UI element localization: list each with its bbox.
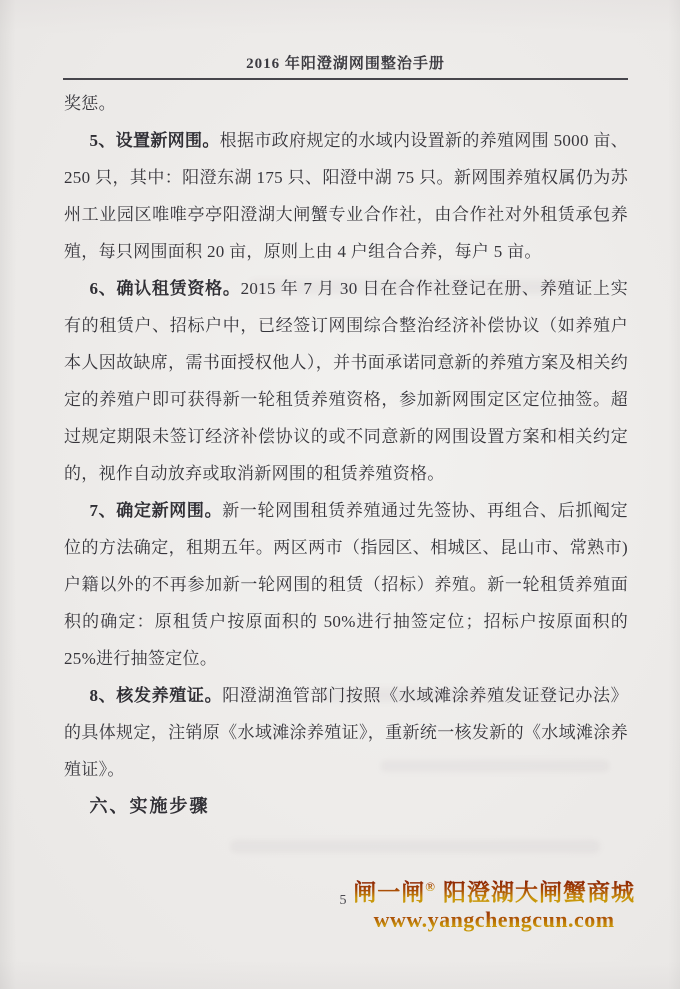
document-page: 2016 年阳澄湖网围整治手册 奖惩。5、设置新网围。根据市政府规定的水域内设置… <box>0 0 680 989</box>
watermark-store-name: 阳澄湖大闸蟹商城 <box>443 880 635 905</box>
paragraph-lead: 六、实施步骤 <box>90 796 210 816</box>
registered-trademark-icon: ® <box>425 879 436 894</box>
paragraph-3: 7、确定新网围。新一轮网围租赁养殖通过先签协、再组合、后抓阄定位的方法确定，租期… <box>64 492 628 677</box>
paragraph-2: 6、确认租赁资格。2015 年 7 月 30 日在合作社登记在册、养殖证上实有的… <box>64 270 628 492</box>
paragraph-lead: 8、核发养殖证。 <box>90 686 223 705</box>
paragraph-lead: 7、确定新网围。 <box>90 501 223 520</box>
scan-smudge <box>230 840 600 853</box>
page-title: 2016 年阳澄湖网围整治手册 <box>63 0 628 73</box>
document-body: 奖惩。5、设置新网围。根据市政府规定的水域内设置新的养殖网围 5000 亩、25… <box>64 85 628 825</box>
paragraph-4: 8、核发养殖证。阳澄湖渔管部门按照《水域滩涂养殖发证登记办法》的具体规定，注销原… <box>64 677 628 788</box>
watermark-url: www.yangchengcun.com <box>353 906 635 934</box>
document-header: 2016 年阳澄湖网围整治手册 <box>63 0 628 80</box>
paragraph-0: 奖惩。 <box>64 85 628 122</box>
merchant-watermark: 闸一闸®阳澄湖大闸蟹商城 www.yangchengcun.com <box>353 879 635 933</box>
watermark-brand: 闸一闸 <box>353 880 425 905</box>
paragraph-1: 5、设置新网围。根据市政府规定的水域内设置新的养殖网围 5000 亩、250 只… <box>64 122 628 270</box>
paragraph-lead: 5、设置新网围。 <box>90 131 220 150</box>
header-rule <box>63 78 628 80</box>
section-heading: 六、实施步骤 <box>64 788 628 825</box>
paragraph-lead: 6、确认租赁资格。 <box>90 279 241 298</box>
watermark-title: 闸一闸®阳澄湖大闸蟹商城 <box>353 879 635 908</box>
page-number: 5 <box>332 893 354 909</box>
